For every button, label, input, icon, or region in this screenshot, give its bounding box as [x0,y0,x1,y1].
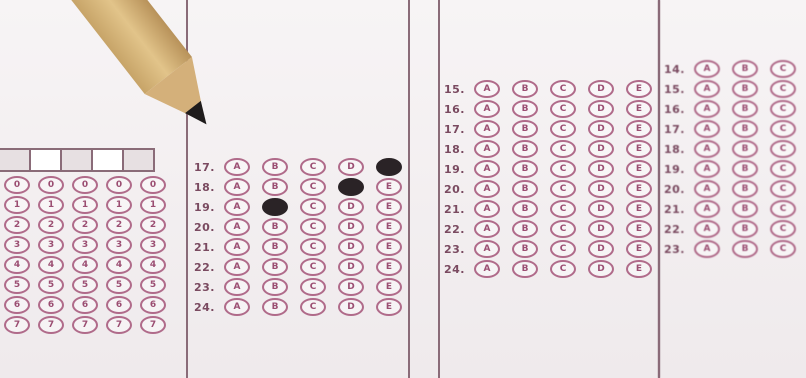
question-number: 24. [194,301,224,314]
id-cell [93,150,124,170]
answer-bubble-b: B [262,218,288,236]
middle-answer-column: 17.ABCDE18.ABCDE19.ABCDE20.ABCDE21.ABCDE… [186,0,410,378]
id-digit-row: 66666 [4,296,174,314]
question-row: 24.ABCDE [444,260,664,278]
answer-bubble-a: A [694,140,720,158]
answer-bubble-d: D [588,100,614,118]
answer-bubble-c: C [770,240,796,258]
answer-bubble-e: E [626,260,652,278]
answer-bubble-a: A [694,80,720,98]
answer-bubble-c: C [550,260,576,278]
answer-bubble-e: E [376,238,402,256]
answer-bubble-b: B [262,178,288,196]
answer-bubble-a: A [474,260,500,278]
id-digit-bubble: 3 [106,236,132,254]
answer-bubble-d: D [338,278,364,296]
id-digit-bubble: 7 [4,316,30,334]
question-number: 23. [194,281,224,294]
id-digit-bubble: 6 [72,296,98,314]
answer-bubble-a: A [224,278,250,296]
right-answer-column-2: 14.ABC15.ABC16.ABC17.ABC18.ABC19.ABC20.A… [658,0,806,378]
id-digit-bubble: 7 [38,316,64,334]
question-row: 18.ABCDE [194,178,414,196]
answer-bubble-a: A [474,120,500,138]
id-digit-bubble: 0 [4,176,30,194]
id-digit-bubble: 4 [140,256,166,274]
answer-bubble-d: D [338,198,364,216]
answer-bubble-e: E [626,120,652,138]
question-row: 18.ABC [664,140,806,158]
answer-bubble-b: B [732,240,758,258]
answer-bubble-e: E [376,198,402,216]
answer-bubble-e: E [376,178,402,196]
answer-bubble-e: E [376,298,402,316]
id-digit-bubble: 2 [4,216,30,234]
answer-bubble-b: B [732,140,758,158]
question-row: 23.ABCDE [194,278,414,296]
answer-bubble-e: E [626,220,652,238]
answer-bubble-b: B [262,198,288,216]
question-number: 23. [444,243,474,256]
question-row: 17.ABCDE [444,120,664,138]
question-number: 20. [664,183,694,196]
question-number: 21. [444,203,474,216]
answer-bubble-d: D [588,240,614,258]
answer-bubble-a: A [224,178,250,196]
answer-bubble-b: B [732,200,758,218]
answer-bubble-d: D [588,120,614,138]
answer-bubble-b: B [262,298,288,316]
answer-bubble-e: E [626,80,652,98]
id-digit-bubble: 6 [38,296,64,314]
answer-bubble-c: C [550,220,576,238]
id-digit-bubble: 2 [38,216,64,234]
id-digit-row: 33333 [4,236,174,254]
answer-bubble-c: C [770,80,796,98]
answer-bubble-a: A [694,160,720,178]
id-digit-bubble: 5 [38,276,64,294]
answer-bubble-b: B [512,140,538,158]
question-row: 22.ABCDE [194,258,414,276]
id-digit-bubble: 2 [140,216,166,234]
id-digit-bubble: 0 [38,176,64,194]
answer-bubble-c: C [770,120,796,138]
id-digit-bubble: 4 [4,256,30,274]
answer-bubble-c: C [550,140,576,158]
answer-bubble-e: E [376,218,402,236]
id-digit-bubble: 7 [72,316,98,334]
answer-bubble-c: C [770,140,796,158]
question-row: 15.ABCDE [444,80,664,98]
id-digit-bubble: 4 [72,256,98,274]
question-number: 18. [444,143,474,156]
question-number: 18. [664,143,694,156]
question-number: 15. [444,83,474,96]
answer-bubble-c: C [300,258,326,276]
question-number: 16. [444,103,474,116]
answer-bubble-a: A [694,180,720,198]
answer-bubble-c: C [550,240,576,258]
answer-bubble-a: A [474,180,500,198]
question-number: 23. [664,243,694,256]
id-digit-bubble: 1 [72,196,98,214]
answer-bubble-b: B [512,240,538,258]
answer-bubble-c: C [300,278,326,296]
answer-bubble-a: A [224,298,250,316]
answer-bubble-b: B [732,160,758,178]
answer-bubble-d: D [588,260,614,278]
answer-bubble-b: B [732,180,758,198]
answer-bubble-d: D [338,298,364,316]
answer-bubble-d: D [338,158,364,176]
id-digit-row: 44444 [4,256,174,274]
answer-bubble-d: D [338,178,364,196]
question-row: 24.ABCDE [194,298,414,316]
question-row: 18.ABCDE [444,140,664,158]
question-number: 19. [194,201,224,214]
question-number: 19. [664,163,694,176]
question-row: 23.ABCDE [444,240,664,258]
answer-bubble-c: C [550,100,576,118]
id-cell [62,150,93,170]
answer-bubble-d: D [588,220,614,238]
answer-bubble-e: E [626,200,652,218]
answer-bubble-c: C [300,178,326,196]
answer-bubble-e: E [626,100,652,118]
question-row: 19.ABC [664,160,806,178]
id-digit-row: 22222 [4,216,174,234]
answer-bubble-d: D [588,80,614,98]
answer-bubble-b: B [512,160,538,178]
question-row: 22.ABCDE [444,220,664,238]
question-row: 21.ABCDE [444,200,664,218]
question-row: 21.ABCDE [194,238,414,256]
answer-bubble-a: A [474,100,500,118]
id-digit-bubble: 1 [38,196,64,214]
question-row: 19.ABCDE [444,160,664,178]
answer-bubble-b: B [512,120,538,138]
answer-bubble-d: D [338,218,364,236]
answer-bubble-c: C [550,120,576,138]
question-row: 20.ABCDE [194,218,414,236]
id-digit-bubble: 5 [72,276,98,294]
question-row: 14.ABC [664,60,806,78]
question-number: 21. [194,241,224,254]
answer-bubble-c: C [770,160,796,178]
answer-bubble-b: B [732,220,758,238]
answer-bubble-e: E [626,180,652,198]
answer-bubble-e: E [376,158,402,176]
id-digit-row: 11111 [4,196,174,214]
answer-bubble-e: E [626,160,652,178]
id-cell [0,150,31,170]
question-row: 16.ABCDE [444,100,664,118]
answer-bubble-a: A [224,258,250,276]
answer-bubble-d: D [338,258,364,276]
id-digit-bubble: 0 [72,176,98,194]
id-digit-row: 00000 [4,176,174,194]
id-digit-bubble: 5 [4,276,30,294]
id-digit-bubble: 3 [72,236,98,254]
answer-bubble-a: A [694,240,720,258]
id-digit-bubble: 2 [72,216,98,234]
answer-bubble-b: B [512,260,538,278]
question-number: 20. [194,221,224,234]
id-digit-bubble: 4 [106,256,132,274]
answer-bubble-c: C [550,200,576,218]
question-number: 15. [664,83,694,96]
question-number: 22. [664,223,694,236]
answer-bubble-a: A [224,238,250,256]
answer-bubble-c: C [770,100,796,118]
answer-bubble-b: B [732,120,758,138]
answer-bubble-c: C [550,80,576,98]
question-number: 22. [444,223,474,236]
question-number: 21. [664,203,694,216]
id-digit-bubble: 6 [4,296,30,314]
question-row: 20.ABC [664,180,806,198]
question-row: 22.ABC [664,220,806,238]
id-digit-bubble: 1 [4,196,30,214]
answer-bubble-c: C [550,180,576,198]
answer-bubble-c: C [550,160,576,178]
question-number: 17. [444,123,474,136]
id-header-boxes [0,148,155,172]
id-digit-bubble: 2 [106,216,132,234]
answer-bubble-d: D [588,180,614,198]
id-digit-bubble: 5 [140,276,166,294]
id-digit-bubble: 6 [106,296,132,314]
answer-bubble-a: A [694,120,720,138]
answer-bubble-c: C [300,198,326,216]
right-answer-column-1: 15.ABCDE16.ABCDE17.ABCDE18.ABCDE19.ABCDE… [438,0,660,378]
answer-bubble-b: B [732,60,758,78]
question-number: 20. [444,183,474,196]
answer-bubble-a: A [694,200,720,218]
answer-bubble-c: C [770,220,796,238]
question-number: 16. [664,103,694,116]
question-number: 17. [664,123,694,136]
id-digit-bubble: 5 [106,276,132,294]
question-number: 18. [194,181,224,194]
answer-bubble-c: C [300,238,326,256]
question-row: 17.ABC [664,120,806,138]
answer-bubble-a: A [224,198,250,216]
answer-bubble-b: B [512,180,538,198]
answer-bubble-b: B [512,100,538,118]
id-digit-bubble: 4 [38,256,64,274]
answer-bubble-c: C [300,158,326,176]
answer-bubble-b: B [512,200,538,218]
answer-bubble-a: A [474,160,500,178]
question-number: 22. [194,261,224,274]
answer-bubble-a: A [694,60,720,78]
answer-bubble-a: A [224,158,250,176]
id-digit-bubble: 3 [38,236,64,254]
id-digit-row: 77777 [4,316,174,334]
answer-bubble-e: E [376,258,402,276]
answer-bubble-b: B [512,220,538,238]
question-row: 15.ABC [664,80,806,98]
id-digit-bubble: 7 [140,316,166,334]
id-digit-bubble: 1 [106,196,132,214]
answer-bubble-e: E [626,240,652,258]
question-row: 21.ABC [664,200,806,218]
answer-bubble-e: E [376,278,402,296]
answer-bubble-b: B [732,100,758,118]
answer-bubble-d: D [588,200,614,218]
question-number: 19. [444,163,474,176]
answer-bubble-c: C [300,218,326,236]
id-cell [124,150,155,170]
id-digit-bubble: 7 [106,316,132,334]
answer-bubble-d: D [338,238,364,256]
question-row: 19.ABCDE [194,198,414,216]
id-digit-bubble: 3 [140,236,166,254]
question-row: 17.ABCDE [194,158,414,176]
id-digit-bubble: 1 [140,196,166,214]
id-cell [31,150,62,170]
question-row: 20.ABCDE [444,180,664,198]
answer-bubble-b: B [262,278,288,296]
answer-bubble-a: A [694,220,720,238]
answer-bubble-a: A [474,200,500,218]
question-number: 14. [664,63,694,76]
answer-bubble-a: A [474,220,500,238]
id-digit-row: 55555 [4,276,174,294]
answer-bubble-b: B [732,80,758,98]
answer-bubble-a: A [474,240,500,258]
question-number: 17. [194,161,224,174]
answer-bubble-d: D [588,160,614,178]
question-row: 16.ABC [664,100,806,118]
id-digit-bubble: 0 [106,176,132,194]
answer-bubble-a: A [474,80,500,98]
answer-bubble-c: C [770,60,796,78]
question-row: 23.ABC [664,240,806,258]
answer-bubble-e: E [626,140,652,158]
question-number: 24. [444,263,474,276]
answer-bubble-b: B [262,238,288,256]
answer-bubble-d: D [588,140,614,158]
answer-bubble-b: B [262,158,288,176]
answer-bubble-c: C [770,200,796,218]
answer-bubble-b: B [512,80,538,98]
id-digit-bubble: 6 [140,296,166,314]
answer-bubble-a: A [224,218,250,236]
answer-bubble-b: B [262,258,288,276]
answer-bubble-c: C [300,298,326,316]
answer-bubble-a: A [694,100,720,118]
id-digit-bubble: 0 [140,176,166,194]
answer-bubble-a: A [474,140,500,158]
id-digit-bubble: 3 [4,236,30,254]
answer-bubble-c: C [770,180,796,198]
